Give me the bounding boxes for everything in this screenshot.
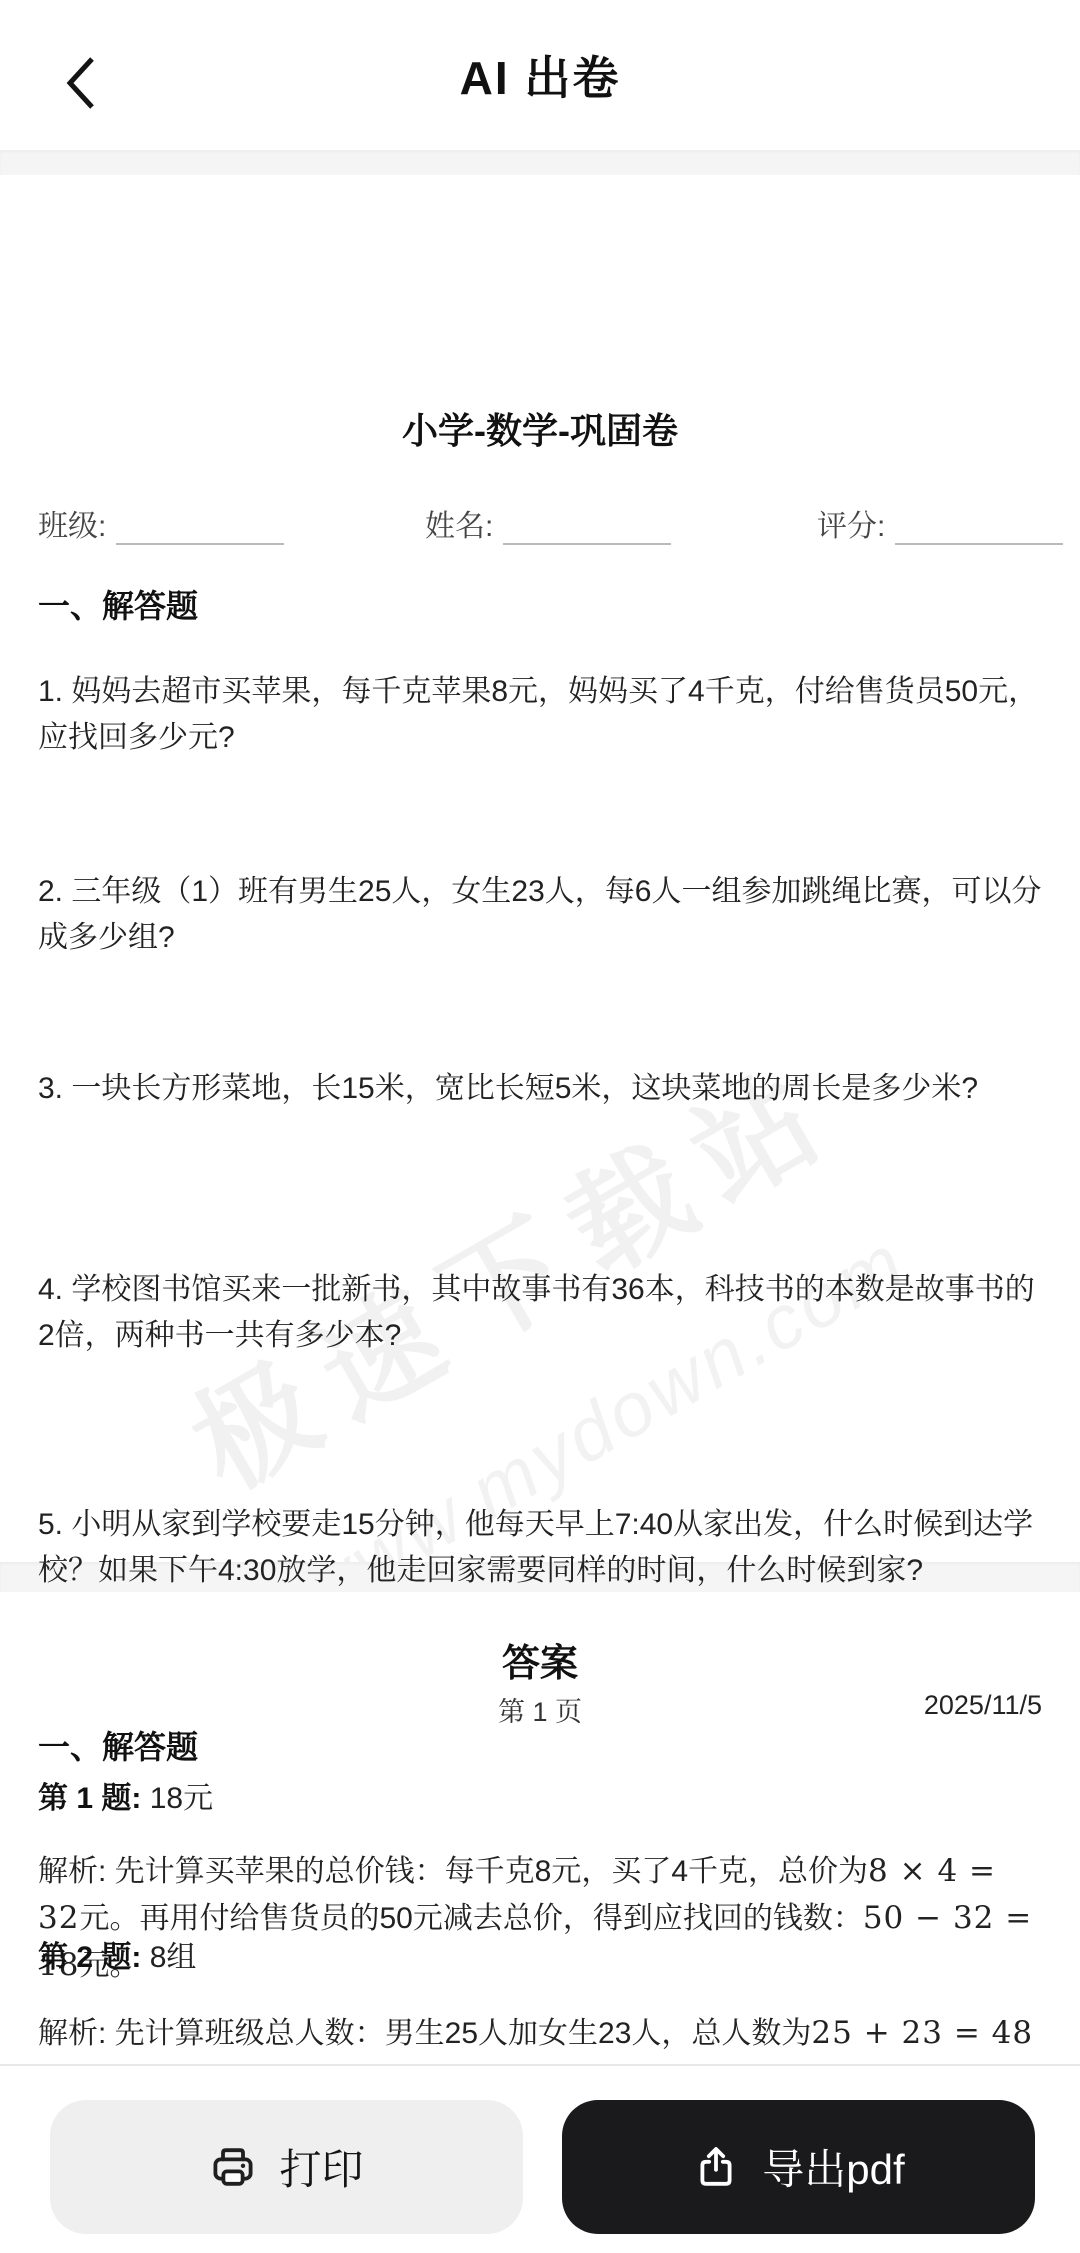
answer-2-row: 第 2 题: 8组 — [38, 1932, 196, 1976]
question-3: 3. 一块长方形菜地，长15米，宽比长短5米，这块菜地的周长是多少米? — [38, 1066, 1042, 1112]
analysis-text: 解析: 先计算买苹果的总价钱：每千克8元，买了4千克，总价为 — [38, 1855, 868, 1888]
question-5: 5. 小明从家到学校要走15分钟，他每天早上7:40从家出发，什么时候到达学校？… — [38, 1502, 1042, 1594]
class-field-label: 班级: — [38, 501, 106, 545]
score-field-label: 评分: — [817, 501, 885, 545]
ai-exam-screen: AI 出卷 极速下载站 www.mydown.com 小学-数学-巩固卷 班级:… — [0, 0, 1080, 2253]
answers-page: 答案 一、解答题 第 1 题: 18元 解析: 先计算买苹果的总价钱：每千克8元… — [0, 1592, 1080, 2064]
bottom-action-bar: 打印 导出pdf — [0, 2064, 1080, 2253]
info-fields-row: 班级: 姓名: 评分: — [0, 501, 1080, 541]
exam-paper-page-1: 极速下载站 www.mydown.com 小学-数学-巩固卷 班级: 姓名: 评… — [0, 175, 1080, 1562]
question-1: 1. 妈妈去超市买苹果，每千克苹果8元，妈妈买了4千克，付给售货员50元，应找回… — [38, 669, 1042, 761]
question-4: 4. 学校图书馆买来一批新书，其中故事书有36本，科技书的本数是故事书的2倍，两… — [38, 1267, 1042, 1359]
question-2: 2. 三年级（1）班有男生25人，女生23人，每6人一组参加跳绳比赛，可以分成多… — [38, 869, 1042, 961]
share-export-icon — [692, 2143, 740, 2191]
export-button-label: 导出pdf — [762, 2137, 904, 2197]
answer-2-label: 第 2 题: — [38, 1941, 141, 1974]
class-field: 班级: — [38, 501, 284, 545]
printer-icon — [209, 2143, 257, 2191]
page-title: AI 出卷 — [0, 0, 1080, 150]
header-divider-strip — [0, 150, 1080, 175]
page-number: 第 1 页 — [0, 1690, 1080, 1729]
name-field: 姓名: — [425, 501, 671, 545]
answer-2-value: 8组 — [150, 1941, 197, 1974]
answer-1-value: 18元 — [150, 1782, 213, 1815]
print-button[interactable]: 打印 — [50, 2100, 523, 2234]
analysis-math: 25 + 23 = 48 — [811, 2015, 1033, 2051]
paper-footer: 第 1 页 2025/11/5 — [0, 1690, 1080, 1730]
name-field-blank — [503, 511, 671, 545]
answers-title: 答案 — [0, 1632, 1080, 1687]
score-field: 评分: — [817, 501, 1063, 545]
answer-1-row: 第 1 题: 18元 — [38, 1773, 213, 1817]
exam-title: 小学-数学-巩固卷 — [0, 403, 1080, 454]
answer-1-label: 第 1 题: — [38, 1782, 141, 1815]
header: AI 出卷 — [0, 0, 1080, 150]
name-field-label: 姓名: — [425, 501, 493, 545]
score-field-blank — [895, 511, 1063, 545]
class-field-blank — [116, 511, 284, 545]
analysis-text: 元。再用付给售货员的50元减去总价，得到应找回的钱数： — [79, 1902, 862, 1935]
print-button-label: 打印 — [279, 2137, 363, 2197]
analysis-text: 解析: 先计算班级总人数：男生25人加女生23人，总人数为 — [38, 2017, 811, 2050]
section-heading: 一、解答题 — [38, 581, 198, 627]
export-pdf-button[interactable]: 导出pdf — [562, 2100, 1035, 2234]
paper-date: 2025/11/5 — [924, 1690, 1042, 1721]
